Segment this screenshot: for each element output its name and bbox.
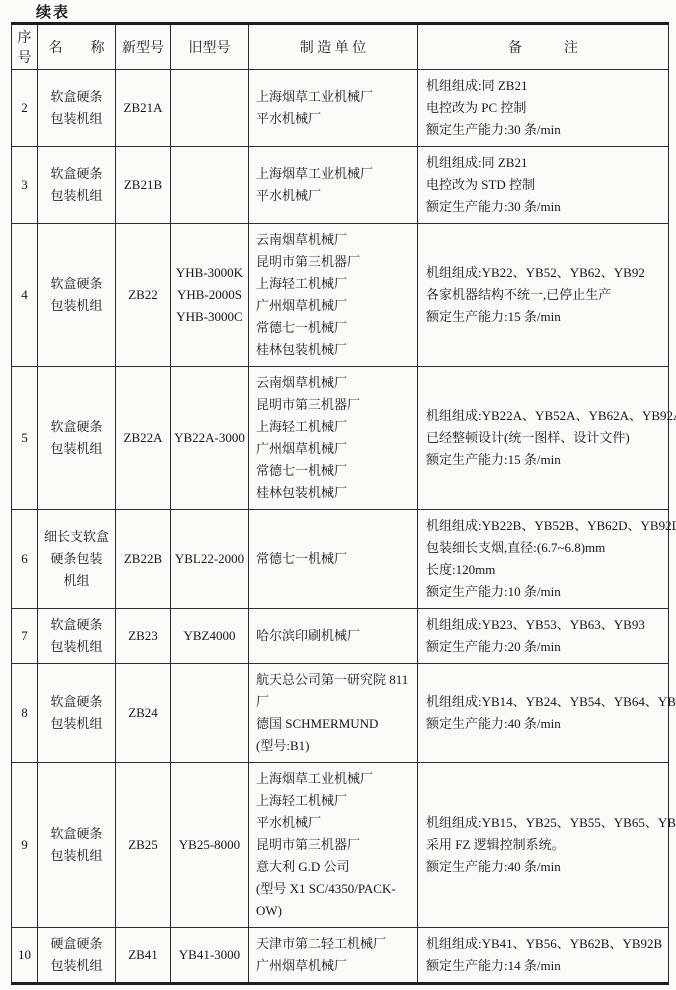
cell-text-line: 机组组成:YB22、YB52、YB62、YB92	[426, 262, 665, 284]
cell-text-line: 额定生产能力:40 条/min	[426, 713, 665, 735]
cell-text-line: 软盒硬条	[38, 86, 115, 108]
cell-new-model: ZB23	[116, 609, 171, 664]
cell-remarks: 机组组成:同 ZB21电控改为 PC 控制额定生产能力:30 条/min	[418, 70, 669, 147]
cell-text-line: 平水机械厂	[256, 812, 414, 834]
cell-text-line: 额定生产能力:15 条/min	[426, 306, 665, 328]
cell-text-line: 额定生产能力:40 条/min	[426, 856, 665, 878]
cell-text-line: 6	[12, 548, 37, 570]
cell-text-line: 9	[12, 834, 37, 856]
cell-text-line: YHB-3000C	[171, 306, 248, 328]
header-new-model: 新型号	[116, 24, 171, 70]
cell-new-model: ZB22B	[116, 510, 171, 609]
cell-text-line: 2	[12, 97, 37, 119]
cell-text-line: 机组组成:YB14、YB24、YB54、YB64、YB94	[426, 691, 665, 713]
cell-old-model	[171, 70, 249, 147]
cell-text-line: 硬条包装	[38, 548, 115, 570]
cell-text-line: 电控改为 STD 控制	[426, 174, 665, 196]
cell-text-line: 上海轻工机械厂	[256, 273, 414, 295]
cell-old-model	[171, 147, 249, 224]
cell-text-line: YB25-8000	[171, 834, 248, 856]
cell-text-line: 10	[12, 944, 37, 966]
cell-text-line: ZB22A	[116, 427, 170, 449]
cell-text-line: 意大利 G.D 公司	[256, 856, 414, 878]
cell-name: 软盒硬条包装机组	[38, 70, 116, 147]
cell-text-line: 广州烟草机械厂	[256, 955, 414, 977]
cell-text-line: 昆明市第三机器厂	[256, 394, 414, 416]
cell-text-line: 软盒硬条	[38, 823, 115, 845]
cell-old-model: YBZ4000	[171, 609, 249, 664]
cell-text-line: 桂林包装机械厂	[256, 339, 414, 361]
cell-text-line: 机组组成:YB41、YB56、YB62B、YB92B	[426, 933, 665, 955]
cell-text-line: 8	[12, 702, 37, 724]
cell-text-line: 上海烟草工业机械厂	[256, 86, 414, 108]
cell-text-line: (型号 X1 SC/4350/PACK-	[256, 878, 414, 900]
table-row: 2软盒硬条包装机组ZB21A上海烟草工业机械厂平水机械厂机组组成:同 ZB21电…	[12, 70, 669, 147]
table-row: 9软盒硬条包装机组ZB25YB25-8000上海烟草工业机械厂上海轻工机械厂平水…	[12, 763, 669, 928]
cell-text-line: 3	[12, 174, 37, 196]
table-row: 5软盒硬条包装机组ZB22AYB22A-3000云南烟草机械厂昆明市第三机器厂上…	[12, 367, 669, 510]
cell-text-line: 采用 FZ 逻辑控制系统。	[426, 834, 665, 856]
cell-serial-number: 9	[12, 763, 38, 928]
table-row: 7软盒硬条包装机组ZB23YBZ4000哈尔滨印刷机械厂机组组成:YB23、YB…	[12, 609, 669, 664]
cell-text-line: ZB24	[116, 702, 170, 724]
table-row: 4软盒硬条包装机组ZB22YHB-3000KYHB-2000SYHB-3000C…	[12, 224, 669, 367]
cell-text-line: 机组组成:同 ZB21	[426, 75, 665, 97]
cell-text-line: 包装机组	[38, 955, 115, 977]
cell-manufacturer: 上海烟草工业机械厂上海轻工机械厂平水机械厂昆明市第三机器厂意大利 G.D 公司(…	[249, 763, 418, 928]
cell-text-line: 软盒硬条	[38, 273, 115, 295]
cell-text-line: 机组组成:YB23、YB53、YB63、YB93	[426, 614, 665, 636]
cell-remarks: 机组组成:YB14、YB24、YB54、YB64、YB94额定生产能力:40 条…	[418, 664, 669, 763]
cell-new-model: ZB25	[116, 763, 171, 928]
scanned-document-page: 续表 序号 名 称 新型号 旧型号 制 造 单 位 备 注 2软盒硬条包装机组Z…	[0, 0, 676, 990]
cell-text-line: YHB-2000S	[171, 284, 248, 306]
cell-remarks: 机组组成:YB22、YB52、YB62、YB92各家机器结构不统一,已停止生产额…	[418, 224, 669, 367]
table-row: 8软盒硬条包装机组ZB24航天总公司第一研究院 811厂德国 SCHMERMUN…	[12, 664, 669, 763]
cell-text-line: ZB23	[116, 625, 170, 647]
cell-text-line: 软盒硬条	[38, 163, 115, 185]
table-body: 2软盒硬条包装机组ZB21A上海烟草工业机械厂平水机械厂机组组成:同 ZB21电…	[12, 70, 669, 984]
cell-text-line: 软盒硬条	[38, 416, 115, 438]
cell-remarks: 机组组成:YB22A、YB52A、YB62A、YB92A已经整顿设计(统一图样、…	[418, 367, 669, 510]
header-remarks: 备 注	[418, 24, 669, 70]
cell-text-line: 包装机组	[38, 713, 115, 735]
cell-text-line: 额定生产能力:14 条/min	[426, 955, 665, 977]
cell-new-model: ZB22A	[116, 367, 171, 510]
cell-text-line: ZB21B	[116, 174, 170, 196]
cell-new-model: ZB41	[116, 928, 171, 984]
cell-new-model: ZB21B	[116, 147, 171, 224]
cell-text-line: 长度:120mm	[426, 559, 665, 581]
cell-manufacturer: 常德七一机械厂	[249, 510, 418, 609]
cell-text-line: 上海轻工机械厂	[256, 790, 414, 812]
table-row: 6细长支软盒硬条包装机组ZB22BYBL22-2000常德七一机械厂机组组成:Y…	[12, 510, 669, 609]
cell-serial-number: 5	[12, 367, 38, 510]
continued-table-caption: 续表	[36, 1, 70, 22]
cell-text-line: 昆明市第三机器厂	[256, 834, 414, 856]
cell-serial-number: 8	[12, 664, 38, 763]
cell-name: 软盒硬条包装机组	[38, 664, 116, 763]
cell-manufacturer: 天津市第二轻工机械厂广州烟草机械厂	[249, 928, 418, 984]
cell-text-line: 包装机组	[38, 636, 115, 658]
table-row: 3软盒硬条包装机组ZB21B上海烟草工业机械厂平水机械厂机组组成:同 ZB21电…	[12, 147, 669, 224]
cell-text-line: 5	[12, 427, 37, 449]
cell-text-line: 天津市第二轻工机械厂	[256, 933, 414, 955]
cell-text-line: 包装机组	[38, 438, 115, 460]
cell-text-line: 机组	[38, 570, 115, 592]
cell-name: 细长支软盒硬条包装机组	[38, 510, 116, 609]
cell-text-line: ZB41	[116, 944, 170, 966]
cell-text-line: 常德七一机械厂	[256, 460, 414, 482]
cell-text-line: 包装机组	[38, 845, 115, 867]
cell-text-line: 4	[12, 284, 37, 306]
table-header-row: 序号 名 称 新型号 旧型号 制 造 单 位 备 注	[12, 24, 669, 70]
cell-remarks: 机组组成:YB23、YB53、YB63、YB93额定生产能力:20 条/min	[418, 609, 669, 664]
cell-text-line: 各家机器结构不统一,已停止生产	[426, 284, 665, 306]
cell-name: 软盒硬条包装机组	[38, 224, 116, 367]
header-serial-number: 序号	[12, 24, 38, 70]
cell-text-line: 额定生产能力:20 条/min	[426, 636, 665, 658]
cell-serial-number: 7	[12, 609, 38, 664]
table-row: 10硬盒硬条包装机组ZB41YB41-3000天津市第二轻工机械厂广州烟草机械厂…	[12, 928, 669, 984]
cell-text-line: 上海轻工机械厂	[256, 416, 414, 438]
cell-manufacturer: 上海烟草工业机械厂平水机械厂	[249, 147, 418, 224]
cell-text-line: 包装机组	[38, 108, 115, 130]
cell-name: 软盒硬条包装机组	[38, 609, 116, 664]
cell-text-line: 广州烟草机械厂	[256, 438, 414, 460]
cell-remarks: 机组组成:同 ZB21电控改为 STD 控制额定生产能力:30 条/min	[418, 147, 669, 224]
cell-text-line: 机组组成:同 ZB21	[426, 152, 665, 174]
cell-text-line: 航天总公司第一研究院 811	[256, 669, 414, 691]
cell-text-line: YB22A-3000	[171, 427, 248, 449]
cell-text-line: (型号:B1)	[256, 735, 414, 757]
cell-text-line: 哈尔滨印刷机械厂	[256, 625, 414, 647]
cell-text-line: 平水机械厂	[256, 185, 414, 207]
cell-text-line: 德国 SCHMERMUND	[256, 713, 414, 735]
cell-text-line: 包装机组	[38, 185, 115, 207]
cell-text-line: 额定生产能力:30 条/min	[426, 119, 665, 141]
cell-text-line: 机组组成:YB22B、YB52B、YB62D、YB92D	[426, 515, 665, 537]
cell-text-line: 桂林包装机械厂	[256, 482, 414, 504]
cell-text-line: OW)	[256, 900, 414, 922]
cell-text-line: 硬盒硬条	[38, 933, 115, 955]
header-manufacturer: 制 造 单 位	[249, 24, 418, 70]
cell-text-line: 上海烟草工业机械厂	[256, 768, 414, 790]
cell-text-line: 软盒硬条	[38, 614, 115, 636]
cell-text-line: 常德七一机械厂	[256, 317, 414, 339]
cell-text-line: YBL22-2000	[171, 548, 248, 570]
cell-text-line: 包装细长支烟,直径:(6.7~6.8)mm	[426, 537, 665, 559]
cell-manufacturer: 航天总公司第一研究院 811厂德国 SCHMERMUND(型号:B1)	[249, 664, 418, 763]
cell-text-line: ZB21A	[116, 97, 170, 119]
cell-serial-number: 10	[12, 928, 38, 984]
cell-text-line: 机组组成:YB15、YB25、YB55、YB65、YB95	[426, 812, 665, 834]
cell-text-line: 常德七一机械厂	[256, 548, 414, 570]
cell-name: 软盒硬条包装机组	[38, 147, 116, 224]
cell-old-model: YBL22-2000	[171, 510, 249, 609]
cell-name: 软盒硬条包装机组	[38, 763, 116, 928]
cell-text-line: 软盒硬条	[38, 691, 115, 713]
cell-text-line: 已经整顿设计(统一图样、设计文件)	[426, 427, 665, 449]
cell-text-line: 广州烟草机械厂	[256, 295, 414, 317]
cell-old-model: YB22A-3000	[171, 367, 249, 510]
cell-text-line: ZB25	[116, 834, 170, 856]
cell-text-line: ZB22	[116, 284, 170, 306]
cell-remarks: 机组组成:YB41、YB56、YB62B、YB92B额定生产能力:14 条/mi…	[418, 928, 669, 984]
cell-text-line: 云南烟草机械厂	[256, 372, 414, 394]
cell-remarks: 机组组成:YB15、YB25、YB55、YB65、YB95采用 FZ 逻辑控制系…	[418, 763, 669, 928]
cell-serial-number: 3	[12, 147, 38, 224]
cell-new-model: ZB22	[116, 224, 171, 367]
cell-serial-number: 4	[12, 224, 38, 367]
header-name: 名 称	[38, 24, 116, 70]
cell-text-line: 昆明市第三机器厂	[256, 251, 414, 273]
cell-manufacturer: 哈尔滨印刷机械厂	[249, 609, 418, 664]
header-old-model: 旧型号	[171, 24, 249, 70]
cell-new-model: ZB21A	[116, 70, 171, 147]
cell-manufacturer: 上海烟草工业机械厂平水机械厂	[249, 70, 418, 147]
cell-text-line: 7	[12, 625, 37, 647]
cell-manufacturer: 云南烟草机械厂昆明市第三机器厂上海轻工机械厂广州烟草机械厂常德七一机械厂桂林包装…	[249, 367, 418, 510]
cell-text-line: 额定生产能力:30 条/min	[426, 196, 665, 218]
cell-serial-number: 6	[12, 510, 38, 609]
cell-serial-number: 2	[12, 70, 38, 147]
cell-text-line: 额定生产能力:15 条/min	[426, 449, 665, 471]
cell-text-line: 电控改为 PC 控制	[426, 97, 665, 119]
cell-text-line: 上海烟草工业机械厂	[256, 163, 414, 185]
cell-text-line: 云南烟草机械厂	[256, 229, 414, 251]
machinery-models-table: 序号 名 称 新型号 旧型号 制 造 单 位 备 注 2软盒硬条包装机组ZB21…	[11, 22, 669, 985]
cell-old-model	[171, 664, 249, 763]
cell-text-line: 平水机械厂	[256, 108, 414, 130]
cell-text-line: YBZ4000	[171, 625, 248, 647]
cell-manufacturer: 云南烟草机械厂昆明市第三机器厂上海轻工机械厂广州烟草机械厂常德七一机械厂桂林包装…	[249, 224, 418, 367]
cell-old-model: YHB-3000KYHB-2000SYHB-3000C	[171, 224, 249, 367]
cell-text-line: YHB-3000K	[171, 262, 248, 284]
cell-text-line: 包装机组	[38, 295, 115, 317]
cell-old-model: YB25-8000	[171, 763, 249, 928]
cell-remarks: 机组组成:YB22B、YB52B、YB62D、YB92D包装细长支烟,直径:(6…	[418, 510, 669, 609]
cell-old-model: YB41-3000	[171, 928, 249, 984]
cell-name: 软盒硬条包装机组	[38, 367, 116, 510]
cell-text-line: ZB22B	[116, 548, 170, 570]
cell-text-line: YB41-3000	[171, 944, 248, 966]
cell-new-model: ZB24	[116, 664, 171, 763]
cell-text-line: 机组组成:YB22A、YB52A、YB62A、YB92A	[426, 405, 665, 427]
cell-name: 硬盒硬条包装机组	[38, 928, 116, 984]
cell-text-line: 厂	[256, 691, 414, 713]
cell-text-line: 细长支软盒	[38, 526, 115, 548]
cell-text-line: 额定生产能力:10 条/min	[426, 581, 665, 603]
